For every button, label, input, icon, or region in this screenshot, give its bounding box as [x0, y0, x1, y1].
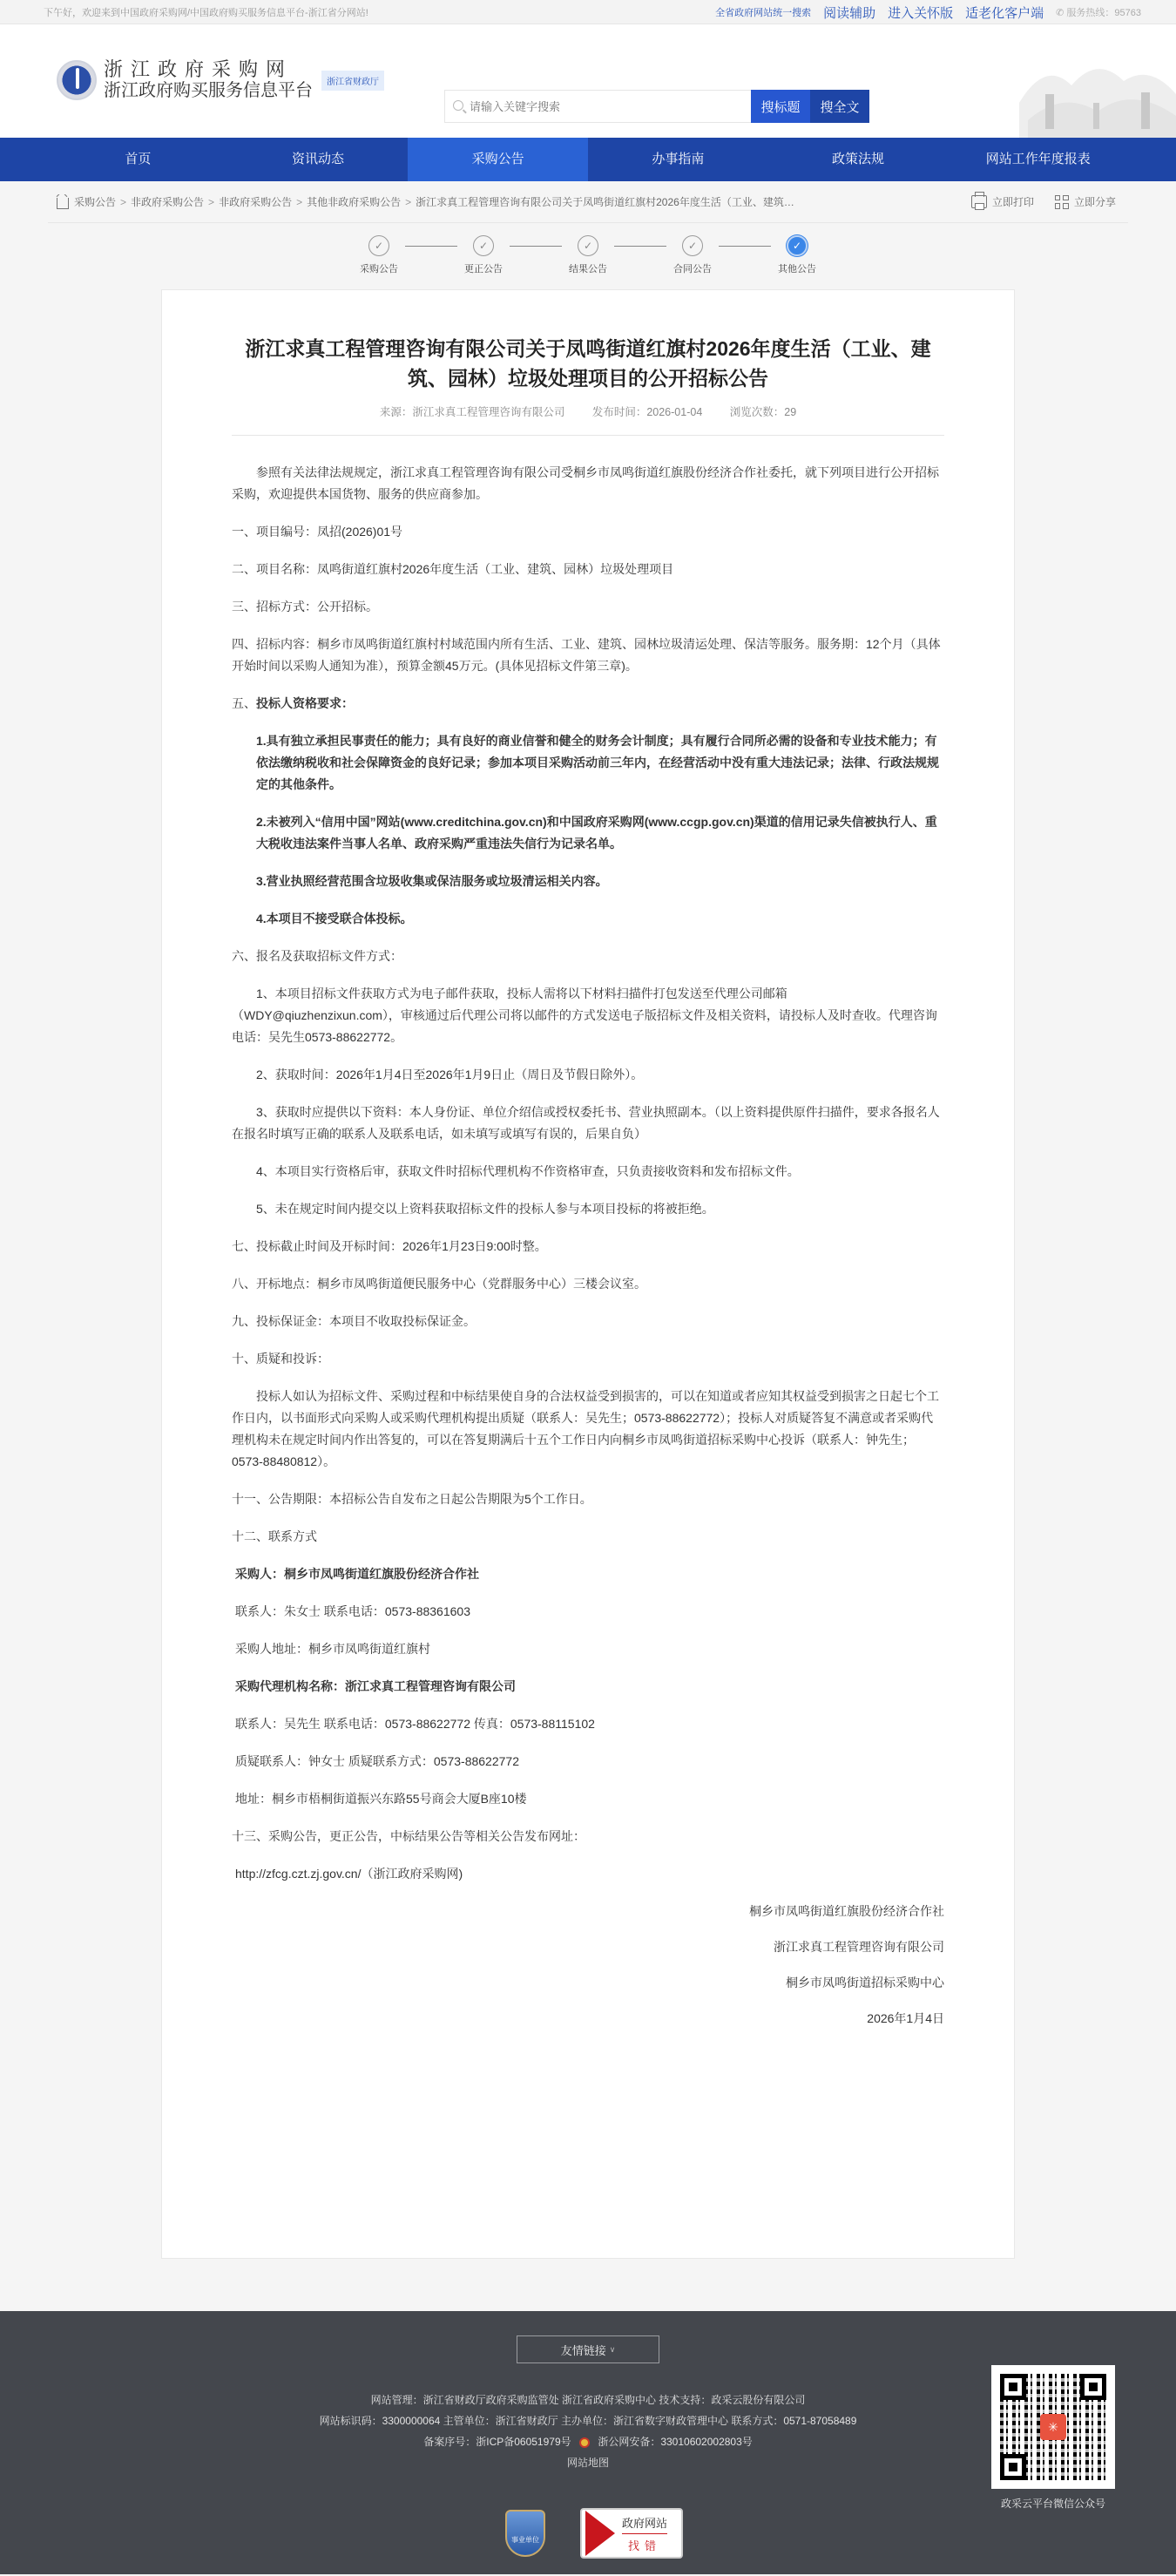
- printer-icon: [971, 195, 987, 208]
- step-result-notice[interactable]: ✓ 结果公告: [562, 235, 614, 275]
- nav-item-home[interactable]: 首页: [48, 138, 228, 181]
- agency-address: 地址：桐乡市梧桐街道振兴东路55号商会大厦B座10楼: [232, 1788, 944, 1810]
- check-icon: ✓: [368, 235, 389, 256]
- mountain-pagoda-decoration: [1019, 51, 1176, 138]
- friend-links-dropdown[interactable]: 友情链接 ∨: [517, 2335, 659, 2363]
- breadcrumb-bar: 采购公告> 非政府采购公告> 非政府采购公告> 其他非政府采购公告> 浙江求真工…: [48, 181, 1128, 223]
- article-views: 浏览次数：29: [730, 406, 796, 418]
- step-label: 更正公告: [464, 261, 503, 275]
- icp-link[interactable]: 备案序号：浙ICP备06051979号: [423, 2436, 571, 2448]
- print-button[interactable]: 立即打印: [971, 194, 1034, 209]
- site-footer: 友情链接 ∨ 网站管理：浙江省财政厅政府采购监管处 浙江省政府采购中心 技术支持…: [0, 2311, 1176, 2574]
- step-label: 合同公告: [673, 261, 712, 275]
- phone-icon: ✆: [1056, 8, 1066, 18]
- police-emblem-icon: [579, 2437, 590, 2448]
- section-complaints-heading: 十、质疑和投诉：: [232, 1348, 944, 1370]
- article-publish-time: 发布时间：2026-01-04: [592, 406, 702, 418]
- step-label: 其他公告: [778, 261, 816, 275]
- nav-item-news[interactable]: 资讯动态: [228, 138, 409, 181]
- section-notice-period: 十一、公告期限：本招标公告自发布之日起公告期限为5个工作日。: [232, 1488, 944, 1510]
- share-button[interactable]: 立即分享: [1055, 194, 1116, 209]
- wechat-qr: ✳ 政采云平台微信公众号: [991, 2365, 1115, 2511]
- site-header: 浙江政府采购网 浙江政府购买服务信息平台 浙江省财政厅 搜标题 搜全文: [0, 24, 1176, 138]
- step-connector: [614, 246, 666, 247]
- step-label: 结果公告: [569, 261, 607, 275]
- qualification-item: 1.具有独立承担民事责任的能力；具有良好的商业信誉和健全的财务会计制度；具有履行…: [232, 730, 944, 796]
- breadcrumb-current: 浙江求真工程管理咨询有限公司关于凤鸣街道红旗村2026年度生活（工业、建筑、园林…: [416, 194, 794, 209]
- breadcrumb: 采购公告> 非政府采购公告> 非政府采购公告> 其他非政府采购公告> 浙江求真工…: [48, 194, 794, 209]
- check-icon: ✓: [473, 235, 494, 256]
- search-input[interactable]: [444, 90, 751, 123]
- department-badge: 浙江省财政厅: [321, 71, 384, 91]
- breadcrumb-item[interactable]: 非政府采购公告: [131, 194, 204, 209]
- qr-code-icon: [1055, 195, 1069, 209]
- agency-query-contact: 质疑联系人：钟女士 质疑联系方式：0573-88622772: [232, 1751, 944, 1773]
- step-purchase-notice[interactable]: ✓ 采购公告: [353, 235, 405, 275]
- qr-caption: 政采云平台微信公众号: [991, 2496, 1115, 2511]
- intro-paragraph: 参照有关法律法规规定，浙江求真工程管理咨询有限公司受桐乡市凤鸣街道红旗股份经济合…: [232, 462, 944, 505]
- step-label: 采购公告: [360, 261, 398, 275]
- footer-badges: 事业单位 政府网站 找错: [505, 2508, 683, 2559]
- breadcrumb-separator: >: [120, 196, 126, 208]
- article-source: 来源：浙江求真工程管理咨询有限公司: [380, 406, 565, 418]
- site-name-line1: 浙江政府采购网: [104, 59, 313, 80]
- registration-item: 2、获取时间：2026年1月4日至2026年1月9日止（周日及节假日除外）。: [232, 1064, 944, 1086]
- section-project-number: 一、项目编号：凤招(2026)01号: [232, 521, 944, 543]
- registration-item: 4、本项目实行资格后审，获取文件时招标代理机构不作资格审查，只负责接收资料和发布…: [232, 1161, 944, 1183]
- gov-badge-top-text: 政府网站: [622, 2514, 667, 2534]
- step-correction-notice[interactable]: ✓ 更正公告: [457, 235, 510, 275]
- breadcrumb-separator: >: [208, 196, 214, 208]
- breadcrumb-item[interactable]: 非政府采购公告: [219, 194, 292, 209]
- search-fulltext-button[interactable]: 搜全文: [810, 90, 869, 123]
- hotline: ✆ 服务热线：95763: [1056, 5, 1141, 19]
- zcy-logo-icon: ✳: [1040, 2414, 1066, 2440]
- sitemap-link[interactable]: 网站地图: [567, 2457, 609, 2469]
- step-other-notice[interactable]: ✓ 其他公告: [771, 235, 823, 275]
- care-version-link[interactable]: 进入关怀版: [888, 3, 953, 22]
- friend-links-label: 友情链接: [561, 2342, 606, 2358]
- agency-contact: 联系人：吴先生 联系电话：0573-88622772 传真：0573-88115…: [232, 1713, 944, 1735]
- article-title: 浙江求真工程管理咨询有限公司关于凤鸣街道红旗村2026年度生活（工业、建筑、园林…: [232, 334, 944, 393]
- section-deposit: 九、投标保证金：本项目不收取投标保证金。: [232, 1311, 944, 1332]
- agency-name: 采购代理机构名称：浙江求真工程管理咨询有限公司: [232, 1676, 944, 1698]
- publish-url-link[interactable]: http://zfcg.czt.zj.gov.cn/（浙江政府采购网): [235, 1867, 463, 1881]
- signature-agency: 浙江求真工程管理咨询有限公司: [232, 1936, 944, 1958]
- section-title: 投标人资格要求：: [256, 696, 354, 710]
- check-icon: ✓: [578, 235, 598, 256]
- section-bid-method: 三、招标方式：公开招标。: [232, 596, 944, 618]
- nav-item-policy[interactable]: 政策法规: [768, 138, 949, 181]
- check-icon: ✓: [787, 235, 808, 256]
- registration-item: 1、本项目招标文件获取方式为电子邮件获取，投标人需将以下材料扫描件打包发送至代理…: [232, 983, 944, 1048]
- qualification-item: 4.本项目不接受联合体投标。: [232, 908, 944, 930]
- step-connector: [719, 246, 771, 247]
- registration-item: 3、获取时应提供以下资料：本人身份证、单位介绍信或授权委托书、营业执照副本。（以…: [232, 1102, 944, 1145]
- breadcrumb-item[interactable]: 其他非政府采购公告: [307, 194, 401, 209]
- article-content: 参照有关法律法规规定，浙江求真工程管理咨询有限公司受桐乡市凤鸣街道红旗股份经济合…: [232, 462, 944, 2030]
- home-icon[interactable]: [57, 198, 69, 209]
- registration-item: 5、未在规定时间内提交以上资料获取招标文件的投标人参与本项目投标的将被拒绝。: [232, 1198, 944, 1220]
- step-connector: [405, 246, 457, 247]
- public-institution-badge-icon[interactable]: 事业单位: [505, 2510, 545, 2557]
- nav-item-annual-report[interactable]: 网站工作年度报表: [948, 138, 1128, 181]
- shield-label: 事业单位: [511, 2535, 539, 2545]
- section-project-name: 二、项目名称：凤鸣街道红旗村2026年度生活（工业、建筑、园林）垃圾处理项目: [232, 559, 944, 580]
- section-publish-url-heading: 十三、采购公告，更正公告，中标结果公告等相关公告发布网址：: [232, 1826, 944, 1847]
- print-label: 立即打印: [992, 194, 1034, 209]
- logo-emblem-icon: [57, 60, 97, 100]
- search-title-button[interactable]: 搜标题: [751, 90, 810, 123]
- nav-item-guide[interactable]: 办事指南: [588, 138, 768, 181]
- qr-code-image: ✳: [991, 2365, 1115, 2489]
- site-name-line2: 浙江政府购买服务信息平台: [104, 80, 313, 101]
- signature-purchaser: 桐乡市凤鸣街道红旗股份经济合作社: [232, 1901, 944, 1922]
- elder-client-link[interactable]: 适老化客户端: [965, 3, 1044, 22]
- article-meta: 来源：浙江求真工程管理咨询有限公司 发布时间：2026-01-04 浏览次数：2…: [232, 403, 944, 436]
- section-qualifications-heading: 五、投标人资格要求：: [232, 693, 944, 715]
- qualification-item: 2.未被列入“信用中国”网站(www.creditchina.gov.cn)和中…: [232, 811, 944, 855]
- step-contract-notice[interactable]: ✓ 合同公告: [666, 235, 719, 275]
- top-bar: 下午好，欢迎来到中国政府采购网/中国政府购买服务信息平台-浙江省分网站! 全省政…: [0, 0, 1176, 24]
- announcement-stepper: ✓ 采购公告 ✓ 更正公告 ✓ 结果公告 ✓ 合同公告 ✓ 其他公告: [0, 223, 1176, 289]
- breadcrumb-item[interactable]: 采购公告: [74, 194, 116, 209]
- purchaser-name: 采购人：桐乡市凤鸣街道红旗股份经济合作社: [232, 1563, 944, 1585]
- share-label: 立即分享: [1074, 194, 1116, 209]
- site-logo[interactable]: 浙江政府采购网 浙江政府购买服务信息平台 浙江省财政厅: [57, 59, 384, 101]
- signature-date: 2026年1月4日: [232, 2008, 944, 2030]
- check-icon: ✓: [682, 235, 703, 256]
- section-bid-content: 四、招标内容：桐乡市凤鸣街道红旗村村域范围内所有生活、工业、建筑、园林垃圾清运处…: [232, 634, 944, 677]
- greeting-text: 下午好，欢迎来到中国政府采购网/中国政府购买服务信息平台-浙江省分网站!: [44, 5, 368, 19]
- signature-center: 桐乡市凤鸣街道招标采购中心: [232, 1972, 944, 1994]
- section-opening-location: 八、开标地点：桐乡市凤鸣街道便民服务中心（党群服务中心）三楼会议室。: [232, 1273, 944, 1295]
- section-deadline: 七、投标截止时间及开标时间：2026年1月23日9:00时整。: [232, 1236, 944, 1257]
- search-icon: [453, 100, 463, 111]
- section-registration-heading: 六、报名及获取招标文件方式：: [232, 946, 944, 967]
- breadcrumb-separator: >: [405, 196, 411, 208]
- breadcrumb-separator: >: [296, 196, 302, 208]
- police-record-link[interactable]: 浙公网安备：33010602002803号: [598, 2436, 752, 2448]
- section-number: 五、: [232, 696, 256, 710]
- search-bar: 搜标题 搜全文: [444, 90, 869, 123]
- main-nav: 首页 资讯动态 采购公告 办事指南 政策法规 网站工作年度报表: [0, 138, 1176, 181]
- step-connector: [510, 246, 562, 247]
- section-contacts-heading: 十二、联系方式: [232, 1526, 944, 1548]
- magnifier-flag-icon: [585, 2511, 615, 2556]
- article-card: 浙江求真工程管理咨询有限公司关于凤鸣街道红旗村2026年度生活（工业、建筑、园林…: [161, 289, 1015, 2259]
- gov-badge-bottom-text: 找错: [622, 2537, 667, 2553]
- chevron-down-icon: ∨: [610, 2345, 616, 2355]
- purchaser-contact: 联系人：朱女士 联系电话：0573-88361603: [232, 1601, 944, 1623]
- nav-item-procurement[interactable]: 采购公告: [408, 138, 588, 181]
- purchaser-address: 采购人地址：桐乡市凤鸣街道红旗村: [232, 1638, 944, 1660]
- reading-aid-link[interactable]: 阅读辅助: [823, 3, 875, 22]
- hotline-text: 服务热线：95763: [1066, 8, 1141, 18]
- unified-search-link[interactable]: 全省政府网站统一搜索: [715, 5, 811, 19]
- complaints-body: 投标人如认为招标文件、采购过程和中标结果使自身的合法权益受到损害的，可以在知道或…: [232, 1386, 944, 1473]
- gov-site-error-report-badge[interactable]: 政府网站 找错: [580, 2508, 683, 2559]
- qualification-item: 3.营业执照经营范围含垃圾收集或保洁服务或垃圾清运相关内容。: [232, 871, 944, 892]
